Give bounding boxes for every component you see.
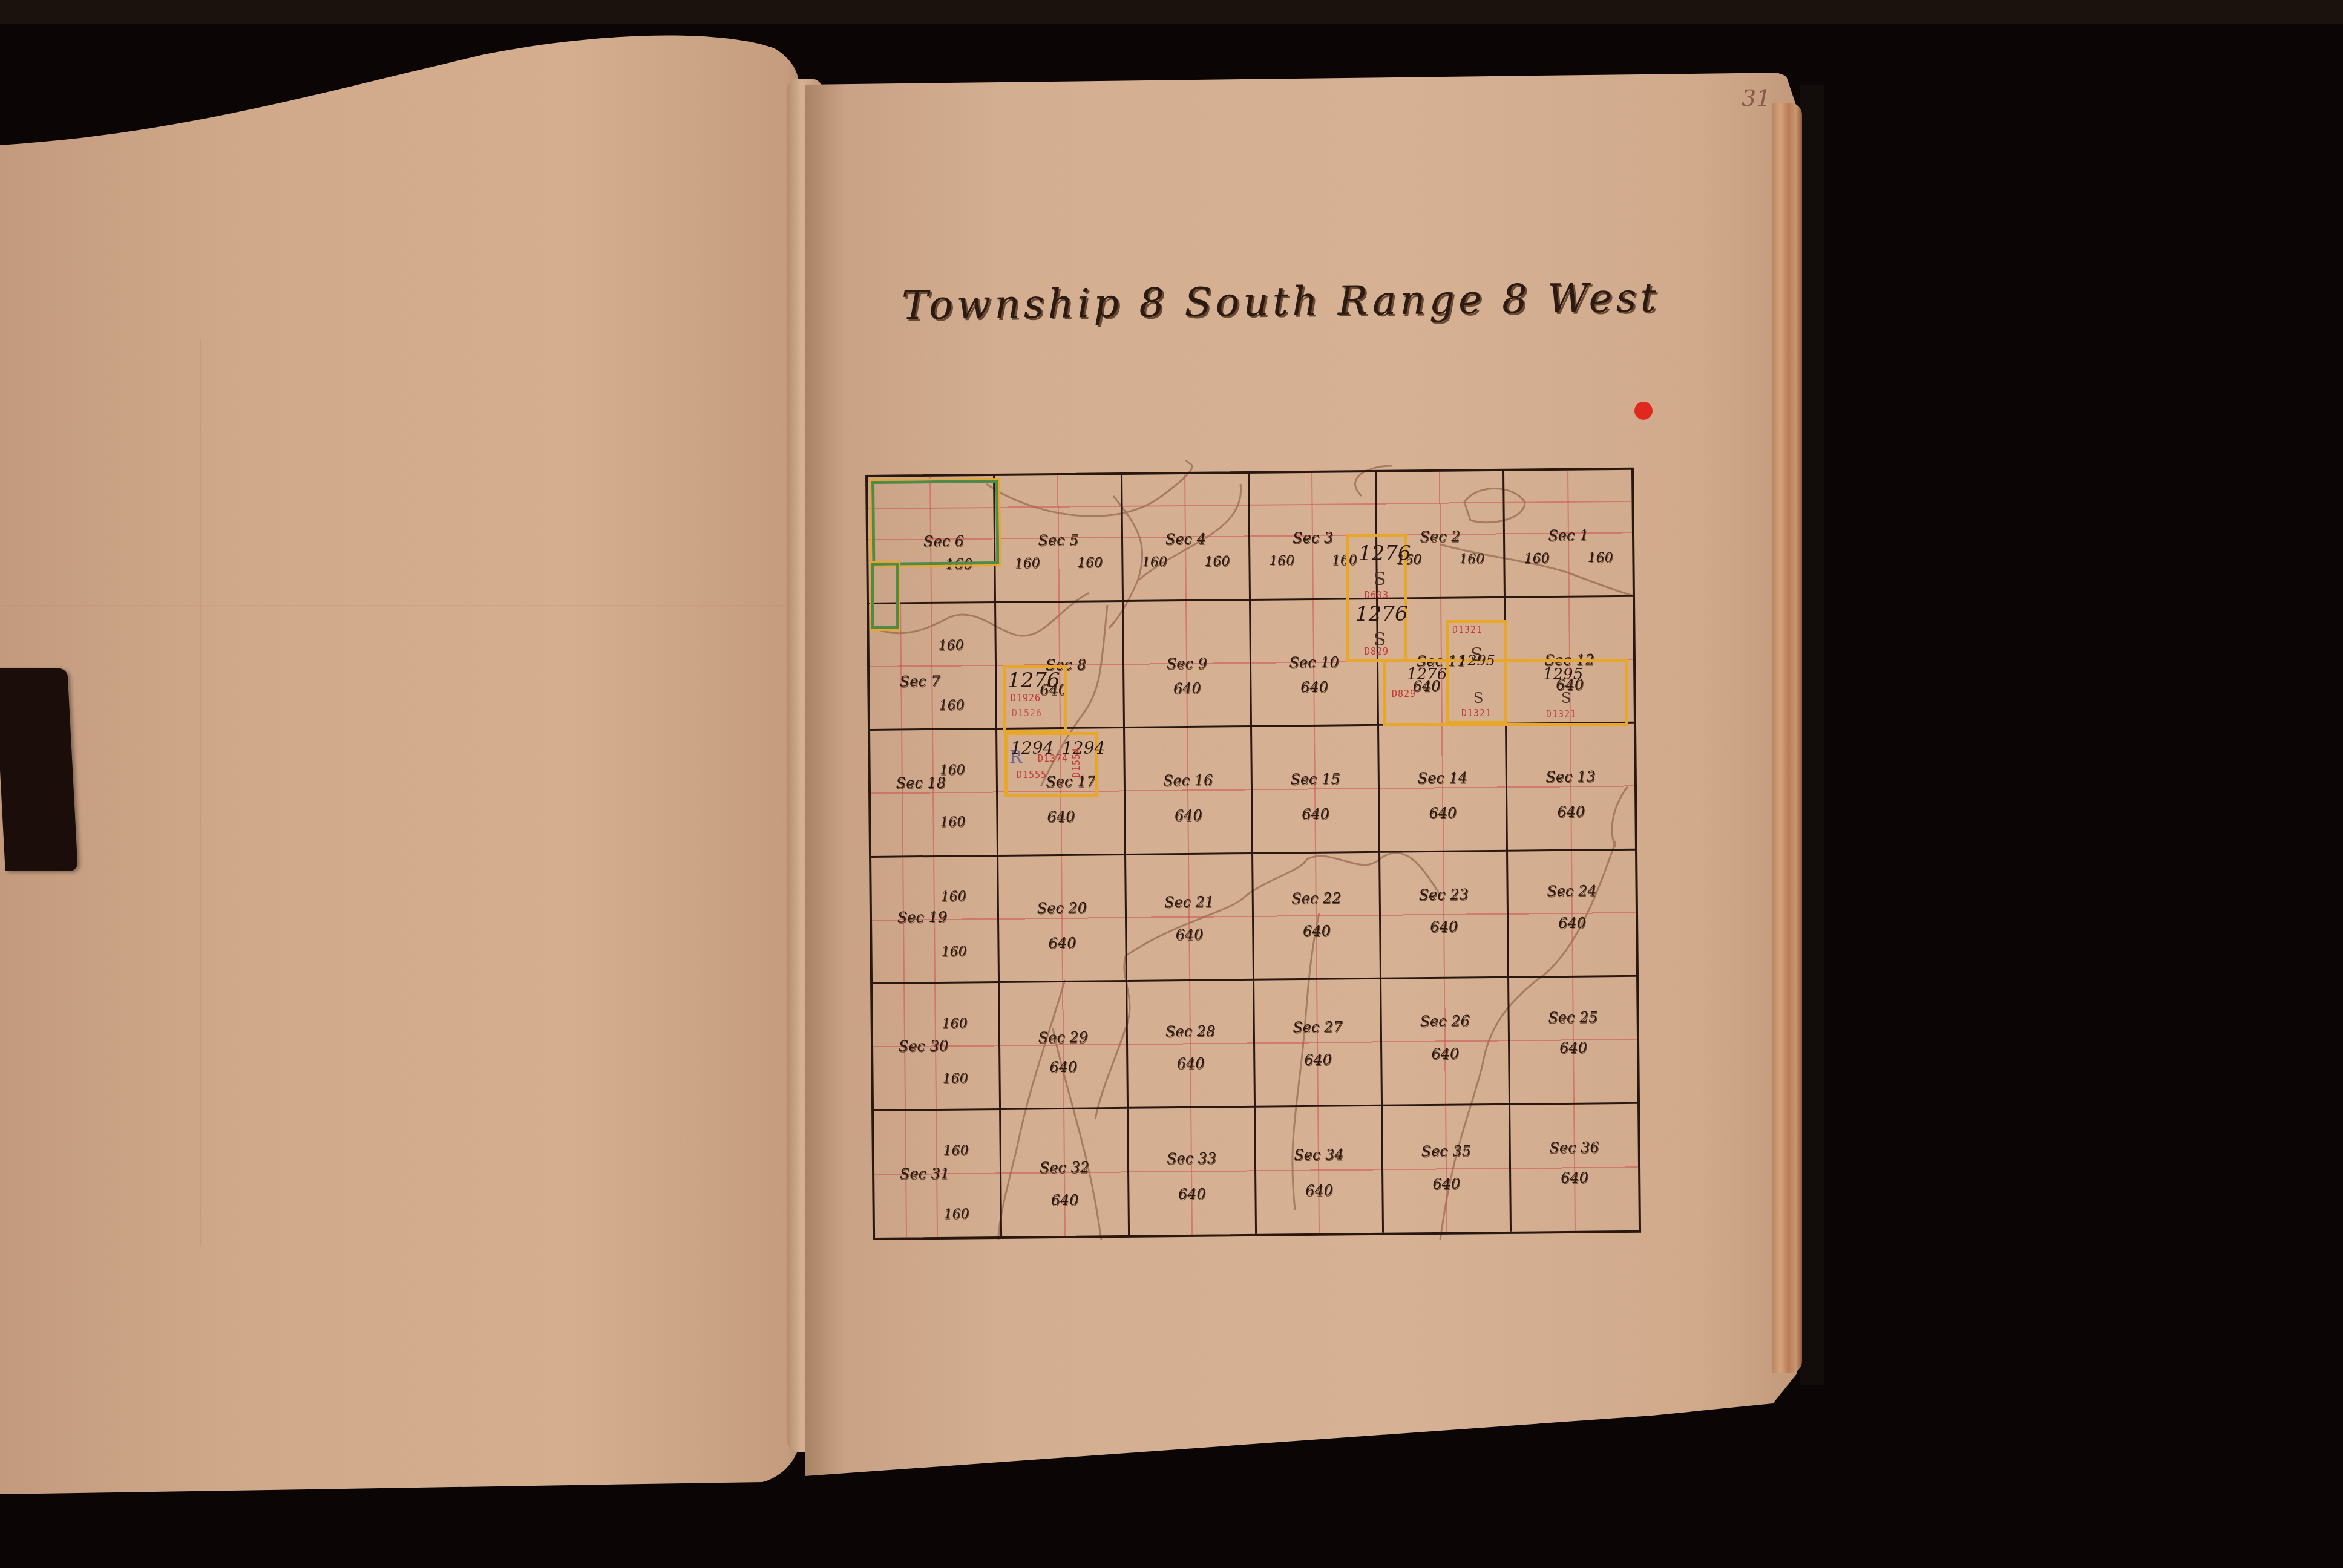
lot-acreage: 160	[939, 638, 964, 653]
claim-number: 1276	[1008, 668, 1060, 693]
section-label: Sec 21	[1164, 893, 1214, 910]
acreage-value: 160	[1459, 551, 1484, 566]
section-label: Sec 13	[1545, 768, 1596, 785]
section-acreage-row: 160 160	[1505, 550, 1633, 566]
section-acreage: 640	[1047, 808, 1075, 825]
deed-stamp: D1926	[1011, 693, 1041, 704]
section-acreage: 640	[1430, 918, 1458, 935]
section-label: Sec 34	[1294, 1146, 1344, 1164]
section-35[interactable]: Sec 35 640	[1383, 1105, 1511, 1233]
section-24[interactable]: Sec 24 640	[1508, 850, 1636, 978]
deed-stamp: D1554	[1071, 747, 1082, 777]
section-label: Sec 5	[1038, 532, 1078, 549]
deed-stamp: D603	[1365, 590, 1389, 601]
left-page	[0, 30, 820, 1494]
section-label: Sec 1	[1548, 527, 1588, 544]
section-label: Sec 16	[1163, 771, 1213, 789]
section-label: Sec 4	[1165, 531, 1206, 548]
page-number: 31	[1742, 85, 1771, 111]
deed-stamp: D1321	[1452, 624, 1483, 635]
page-block-edge	[1772, 103, 1802, 1373]
section-acreage: 640	[1300, 679, 1328, 696]
lot-acreage: 160	[942, 1071, 968, 1086]
section-acreage: 640	[1559, 1039, 1587, 1056]
s-mark: S	[1374, 569, 1386, 590]
red-dot-marker	[1634, 402, 1653, 420]
claim-number: 1295	[1543, 665, 1583, 684]
section-acreage: 640	[1432, 1175, 1460, 1192]
section-acreage: 640	[1049, 1059, 1077, 1076]
section-label: Sec 10	[1289, 653, 1339, 671]
claim-number: 1276	[1358, 541, 1411, 566]
section-label: Sec 22	[1291, 889, 1342, 907]
section-26[interactable]: Sec 26 640	[1381, 978, 1510, 1106]
black-page-clip	[0, 668, 78, 871]
plat-title: Township 8 South Range 8 West	[902, 274, 1660, 328]
section-9[interactable]: Sec 9 640	[1124, 600, 1252, 728]
acreage-value: 160	[1204, 554, 1230, 569]
section-14[interactable]: Sec 14 640	[1379, 725, 1507, 853]
section-31[interactable]: 160 Sec 31 160	[874, 1109, 1002, 1238]
nw-tract-outline	[871, 480, 999, 566]
section-18[interactable]: 160 Sec 18 160	[870, 730, 998, 858]
section-acreage: 640	[1178, 1186, 1206, 1203]
section-label: Sec 15	[1290, 770, 1340, 788]
s-mark: S	[1561, 690, 1571, 707]
section-label: Sec 30	[899, 1037, 949, 1055]
section-1[interactable]: Sec 1 160 160	[1504, 470, 1633, 598]
section-5[interactable]: Sec 5 160 160	[995, 475, 1123, 603]
section-13[interactable]: Sec 13 640	[1507, 724, 1635, 852]
section-acreage: 640	[1173, 680, 1201, 697]
section-28[interactable]: Sec 28 640	[1127, 981, 1256, 1109]
section-label: Sec 28	[1165, 1022, 1216, 1040]
section-34[interactable]: Sec 34 640	[1256, 1106, 1384, 1234]
section-acreage-row: 160 160	[996, 555, 1122, 571]
section-label: Sec 19	[897, 908, 948, 926]
section-acreage: 640	[1048, 935, 1076, 952]
section-4[interactable]: Sec 4 160 160	[1122, 474, 1251, 602]
backdrop	[0, 0, 2343, 24]
section-acreage: 640	[1050, 1192, 1078, 1209]
section-label: Sec 24	[1547, 882, 1597, 900]
section-acreage: 640	[1302, 805, 1329, 822]
section-acreage: 640	[1305, 1181, 1333, 1198]
claim-number: 1295	[1458, 652, 1495, 669]
section-label: Sec 7	[900, 672, 940, 690]
section-acreage-row: 160 160	[1123, 554, 1249, 570]
section-label: Sec 36	[1549, 1138, 1599, 1156]
section-label: Sec 23	[1418, 886, 1469, 903]
nw-tract-outline-leg	[871, 563, 899, 629]
section-acreage: 640	[1177, 1055, 1205, 1072]
section-25[interactable]: Sec 25 640	[1509, 977, 1637, 1105]
deed-stamp: D1321	[1461, 708, 1492, 719]
claim-number: 1294	[1062, 738, 1105, 758]
lot-acreage: 160	[943, 1143, 969, 1158]
section-label: Sec 20	[1037, 900, 1087, 917]
section-label: Sec 25	[1548, 1008, 1598, 1026]
section-label: Sec 27	[1293, 1019, 1343, 1036]
left-page-margin-rule	[200, 339, 201, 1246]
section-label: Sec 35	[1421, 1142, 1471, 1160]
lot-acreage: 160	[941, 889, 966, 904]
acreage-value: 160	[1524, 550, 1549, 566]
section-acreage: 640	[1561, 1169, 1588, 1186]
deed-stamp: D1321	[1546, 709, 1576, 720]
section-label: Sec 3	[1293, 529, 1333, 547]
township-grid: Sec 6 160 Sec 5 160 160 Sec 4 160 160 Se…	[865, 468, 1641, 1240]
section-16[interactable]: Sec 16 640	[1125, 727, 1253, 855]
deed-stamp: D829	[1365, 646, 1389, 657]
section-acreage: 640	[1557, 803, 1585, 820]
acreage-value: 160	[1142, 554, 1167, 569]
section-acreage: 640	[1304, 1051, 1332, 1068]
section-22[interactable]: Sec 22 640	[1253, 852, 1381, 981]
acreage-value: 160	[1588, 550, 1613, 565]
section-label: Sec 26	[1420, 1013, 1470, 1030]
acreage-value: 160	[1269, 553, 1294, 568]
section-15[interactable]: Sec 15 640	[1252, 726, 1380, 854]
section-label: Sec 29	[1038, 1028, 1089, 1046]
lot-acreage: 160	[942, 1016, 968, 1031]
section-29[interactable]: Sec 29 640	[1000, 982, 1128, 1110]
section-32[interactable]: Sec 32 640	[1001, 1108, 1129, 1236]
section-33[interactable]: Sec 33 640	[1129, 1107, 1257, 1235]
deed-stamp: D1555	[1017, 769, 1047, 780]
acreage-value: 160	[1077, 555, 1103, 570]
section-acreage: 640	[1431, 1045, 1459, 1062]
lot-acreage: 160	[940, 815, 965, 830]
section-label: Sec 14	[1418, 769, 1468, 786]
lot-acreage: 160	[944, 1206, 969, 1221]
section-label: Sec 33	[1167, 1150, 1217, 1168]
section-acreage: 640	[1175, 806, 1202, 823]
section-19[interactable]: 160 Sec 19 160	[871, 856, 1000, 984]
section-label: Sec 32	[1040, 1158, 1090, 1176]
claim-number: 1276	[1355, 602, 1408, 626]
section-30[interactable]: 160 Sec 30 160	[873, 983, 1001, 1111]
section-label: Sec 2	[1420, 528, 1460, 546]
left-page-faint-rule	[0, 605, 787, 606]
lot-acreage: 160	[941, 944, 966, 959]
deed-stamp: D1526	[1012, 708, 1042, 719]
deed-stamp: D829	[1392, 688, 1416, 699]
acreage-value: 160	[1014, 555, 1040, 570]
section-20[interactable]: Sec 20 640	[998, 855, 1127, 983]
claim-number: 1276	[1407, 665, 1447, 684]
section-acreage: 640	[1429, 804, 1457, 821]
section-23[interactable]: Sec 23 640	[1380, 851, 1509, 979]
lot-acreage: 160	[939, 698, 965, 713]
section-27[interactable]: Sec 27 640	[1254, 979, 1383, 1108]
book-cover-edge	[1800, 85, 1824, 1385]
section-acreage: 640	[1176, 926, 1204, 942]
section-acreage: 640	[1303, 922, 1331, 939]
section-label: Sec 9	[1167, 655, 1207, 672]
section-acreage: 640	[1558, 915, 1586, 932]
s-mark: S	[1473, 690, 1483, 707]
section-36[interactable]: Sec 36 640	[1510, 1103, 1639, 1232]
section-label: Sec 31	[900, 1165, 950, 1183]
section-label: Sec 18	[896, 774, 946, 791]
section-21[interactable]: Sec 21 640	[1126, 854, 1254, 982]
